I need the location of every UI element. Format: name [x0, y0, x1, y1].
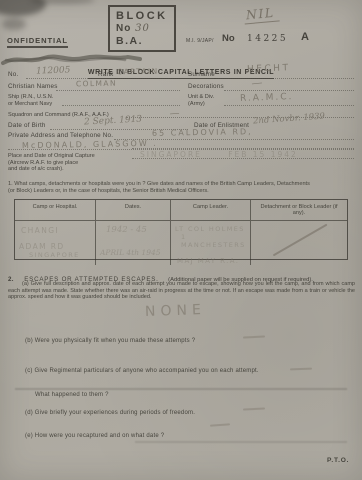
camp-table-header-camp: Camp or Hospital. — [15, 200, 96, 221]
field-label-surname: Surname — [188, 71, 215, 78]
field-value-address-line1: 65 CALDOVIA RD, — [152, 127, 253, 138]
stamp-line-ba: B.A. — [116, 35, 169, 47]
field-label-capture: Place and Date of Original Capture (Airc… — [8, 153, 95, 173]
field-value-unit-div: R.A.M.C. — [240, 92, 294, 104]
ref-serial-number: 14225 — [247, 34, 288, 44]
camp-entry-2-line1: ADAM RD — [19, 242, 95, 251]
field-label-private-address: Private Address and Telephone No. — [8, 132, 113, 139]
camp-table: Camp or Hospital. Dates. Camp Leader. De… — [14, 199, 348, 260]
stamp-line-number: No 30 — [116, 23, 169, 34]
field-label-date-of-birth: Date of Birth — [8, 122, 46, 129]
field-value-no: 112005 — [36, 65, 71, 76]
pencil-dash-mark — [290, 368, 312, 370]
dotted-rule — [56, 90, 180, 91]
stamp-no-value-handwritten: 30 — [135, 23, 150, 34]
field-value-date-of-enlistment: 2nd Novbr. 1939 — [253, 112, 326, 127]
camp-table-header-detachment: Detachment or Block Leader (if any). — [251, 200, 347, 221]
field-label-rank: Rank — [98, 71, 114, 78]
camp-table-cell-leader: LT COL HOLMES 1 MANCHESTERS MAJ MAY R.A. — [171, 221, 251, 265]
scanned-pow-form-page: ONFIDENTIAL BLOCK No 30 B.A. NIL M.I. 9/… — [0, 0, 362, 480]
answer-none-handwritten: NONE — [145, 302, 206, 320]
block-number-stamp: BLOCK No 30 B.A. — [108, 5, 176, 52]
camp-table-header-dates: Dates. — [96, 200, 171, 221]
question2-item-e: (e) How were you recaptured and on what … — [25, 433, 164, 439]
camp-table-header-leader: Camp Leader. — [171, 200, 251, 221]
question2-item-c-followup: What happened to them ? — [35, 392, 109, 398]
dotted-rule — [114, 78, 180, 79]
dotted-rule — [132, 158, 354, 159]
dotted-rule — [224, 105, 354, 106]
camp-table-cell-detachment — [251, 221, 347, 265]
question2-item-c: (c) Give Regimental particulars of anyon… — [25, 368, 259, 374]
leader-entry-1-line2: 1 MANCHESTERS — [181, 233, 250, 249]
dotted-rule — [132, 148, 354, 149]
field-label-christian-names: Christian Names — [8, 83, 58, 90]
field-label-no: No. — [8, 71, 18, 78]
question1-text: 1. What camps, detachments or hospitals … — [8, 181, 354, 194]
field-value-rank: CAPTAIN — [117, 67, 159, 77]
pencil-slash-mark — [273, 224, 327, 256]
stamp-no-prefix: No — [116, 23, 131, 34]
dotted-rule — [62, 105, 180, 106]
field-value-decorations: — — [251, 78, 262, 90]
pencil-streak-mark — [15, 388, 347, 390]
camp-entry-1: CHANGI — [21, 226, 95, 235]
pencil-dash-mark — [243, 335, 265, 338]
camp-table-cell-dates: 1942 - 45 APRIL 4th 1945 — [96, 221, 171, 265]
question2-item-b: (b) Were you physically fit when you mad… — [25, 338, 195, 344]
question2-item-d: (d) Give briefly your experiences during… — [25, 410, 195, 416]
camp-entry-2-line2: SINGAPORE — [29, 251, 95, 259]
stamp-line-block: BLOCK — [116, 10, 169, 22]
ref-department-code: M.I. 9/JAP/ — [186, 38, 214, 44]
dotted-rule — [214, 78, 354, 79]
scan-edge-smudge — [2, 18, 26, 30]
question2-item-a: (a) Give full description and approx. da… — [8, 281, 355, 301]
pencil-streak-mark — [135, 441, 347, 443]
pto-label: P.T.O. — [327, 457, 349, 464]
field-value-squadron: — — [170, 108, 180, 119]
pencil-dash-mark — [243, 407, 265, 410]
ref-suffix-letter: A — [301, 31, 309, 43]
field-value-christian-names: COLMAN — [76, 79, 117, 89]
dotted-rule — [224, 90, 354, 91]
field-value-surname: HECHT — [247, 63, 291, 75]
leader-entry-2: MAJ MAY R.A. — [177, 257, 250, 265]
nil-handwritten-note: NIL — [243, 5, 279, 25]
field-label-unit-div: Unit & Div. (Army) — [188, 94, 214, 107]
camp-table-cell-camp: CHANGI ADAM RD SINGAPORE — [15, 221, 96, 265]
field-value-date-of-birth: 2 Sept. 1913 — [84, 114, 143, 127]
confidential-stamp: ONFIDENTIAL — [7, 36, 68, 48]
pencil-dash-mark — [210, 423, 230, 426]
dates-entry-2: APRIL 4th 1945 — [100, 248, 170, 257]
field-label-decorations: Decorations — [188, 83, 224, 90]
ref-no-label: No — [222, 33, 235, 44]
field-label-ship: Ship (R.N., U.S.N. or Merchant Navy — [8, 94, 53, 107]
leader-entry-1-line1: LT COL HOLMES — [175, 225, 250, 233]
dates-entry-1: 1942 - 45 — [106, 225, 170, 235]
